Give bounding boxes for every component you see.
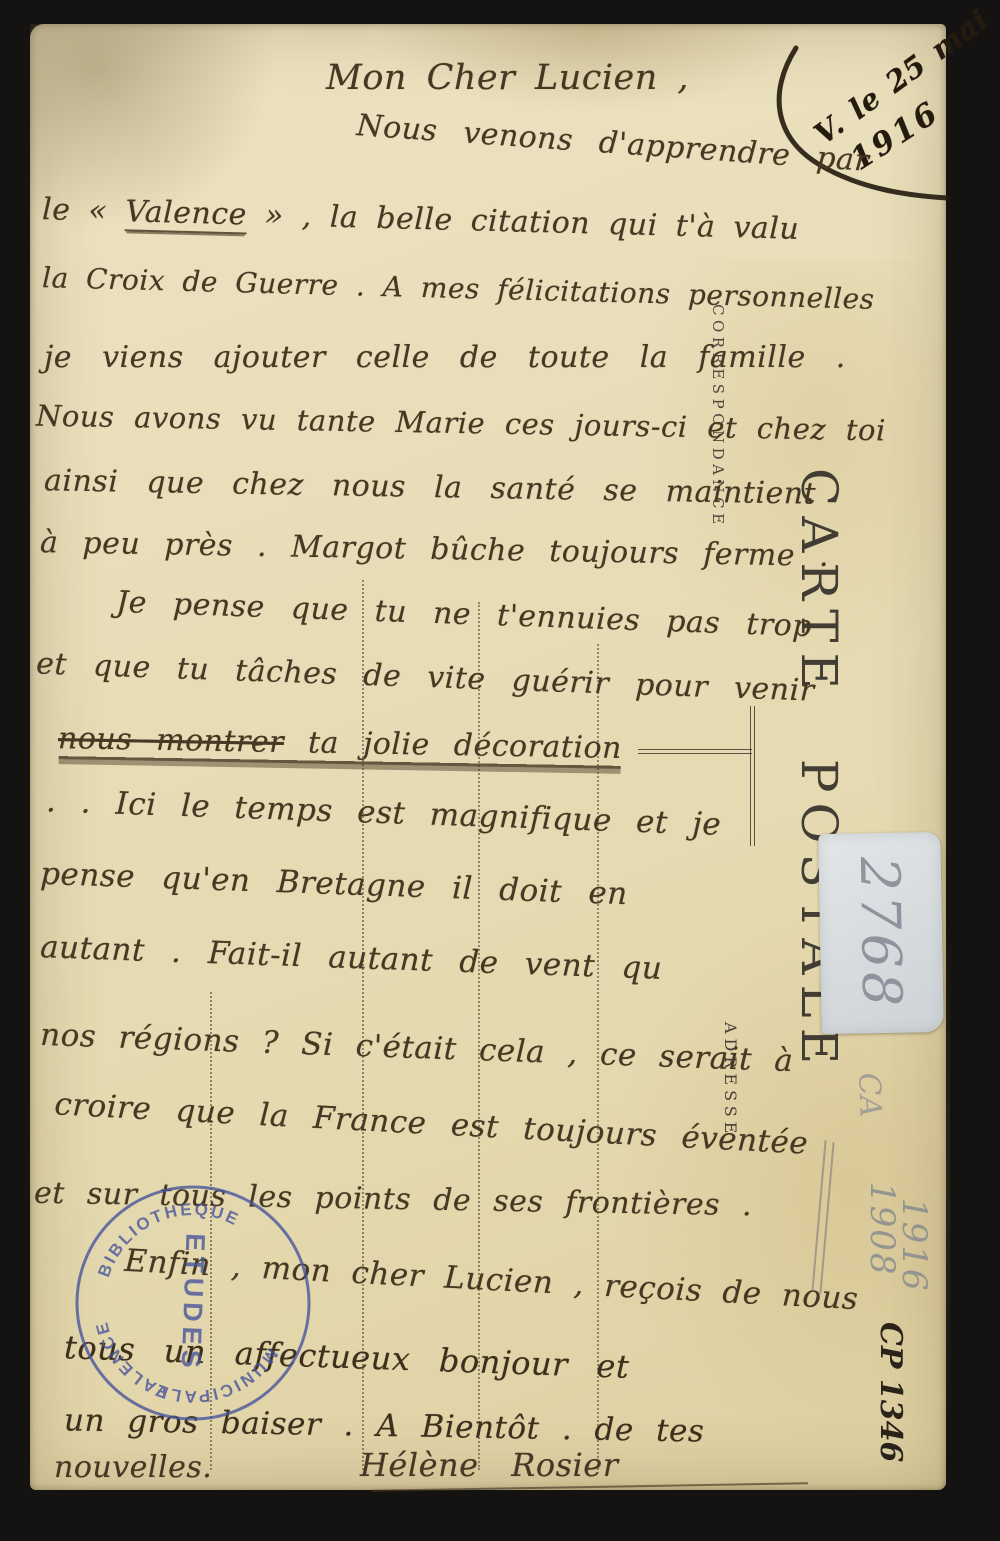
letter-text: ta jolie décoration (284, 725, 622, 766)
pencil-annotation-year: 1916 (894, 1198, 934, 1293)
letter-line: je viens ajouter celle de toute la famil… (44, 340, 846, 375)
letter-text: le « (42, 192, 126, 229)
address-dotted-line (362, 580, 364, 1470)
pencil-annotation-ca: CA (851, 1072, 888, 1118)
postcard-scan: CARTE POSTALE CORRESPONDANCE ADRESSE Mon… (0, 0, 1000, 1541)
printed-divider-line (750, 706, 755, 846)
struck-words: nous montrer (58, 721, 285, 760)
letter-salutation: Mon Cher Lucien , (326, 58, 689, 98)
letter-closing: nouvelles. (54, 1450, 212, 1485)
address-dotted-line (210, 992, 212, 1470)
printed-divider-line (638, 749, 752, 754)
underlined-word-valence: Valence (125, 194, 247, 234)
inventory-number: 2768 (848, 856, 914, 1011)
ink-annotation-code: CP 1346 (873, 1322, 908, 1462)
signature: Hélène Rosier (360, 1446, 618, 1484)
inventory-sticker: 2768 (818, 832, 943, 1034)
